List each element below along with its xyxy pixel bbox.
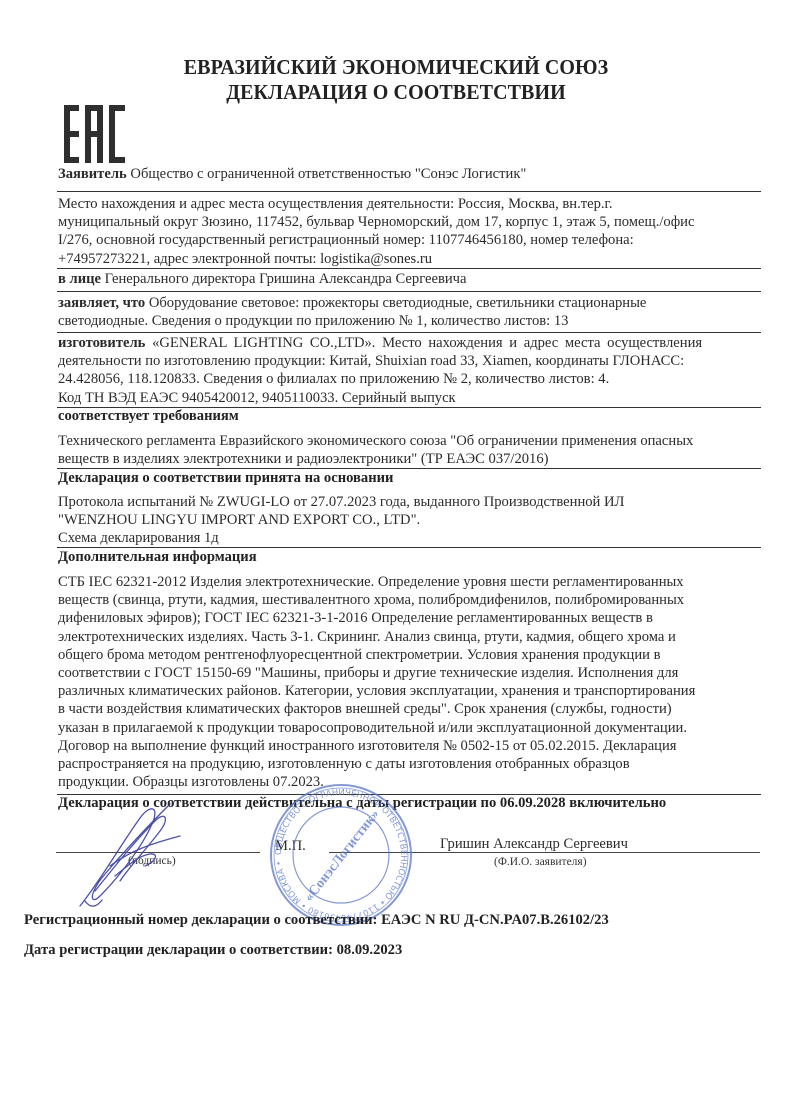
requirements-line: веществ в изделиях электротехники и ради… [58,450,760,468]
additional-heading: Дополнительная информация [58,549,257,566]
basis-block: Протокола испытаний № ZWUGI-LO от 27.07.… [58,493,760,548]
manufacturer-label: изготовитель [58,335,145,351]
divider [57,332,761,333]
basis-heading: Декларация о соответствии принята на осн… [58,470,393,487]
basis-line: Схема декларирования 1д [58,529,760,547]
requirements-heading: соответствует требованиям [58,408,239,425]
divider [57,268,761,269]
name-caption: (Ф.И.О. заявителя) [494,856,587,868]
document-title: ДЕКЛАРАЦИЯ О СООТВЕТСТВИИ [28,80,765,105]
divider [57,547,761,548]
address-block: Место нахождения и адрес места осуществл… [58,195,760,268]
address-line: I/276, основной государственный регистра… [58,231,760,249]
registration-date-label: Дата регистрации декларации о соответств… [24,942,333,958]
divider [57,291,761,292]
eac-logo-icon [64,105,126,163]
applicant-row: Заявитель Общество с ограниченной ответс… [58,165,760,183]
additional-line: в части воздействия климатических фактор… [58,700,760,718]
applicant-name: Гришин Александр Сергеевич [440,836,628,853]
additional-line: общего брома методом рентгенофлуоресцент… [58,646,760,664]
additional-line: Договор на выполнение функций иностранно… [58,737,760,755]
manufacturer-block: изготовитель «GENERAL LIGHTING CO.,LTD».… [58,334,760,407]
svg-text:«СонэсЛогистик»: «СонэсЛогистик» [302,807,383,905]
declaration-page: ЕВРАЗИЙСКИЙ ЭКОНОМИЧЕСКИЙ СОЮЗ ДЕКЛАРАЦИ… [0,0,792,1120]
declares-line: светодиодные. Сведения о продукции по пр… [58,312,760,330]
applicant-label: Заявитель [58,166,127,182]
representative-label: в лице [58,271,101,287]
union-title: ЕВРАЗИЙСКИЙ ЭКОНОМИЧЕСКИЙ СОЮЗ [28,55,765,80]
applicant-value: Общество с ограниченной ответственностью… [130,166,526,182]
manufacturer-line: «GENERAL LIGHTING CO.,LTD». Место нахожд… [152,335,702,351]
manufacturer-line: Код ТН ВЭД ЕАЭС 9405420012, 9405110033. … [58,389,760,407]
address-line: Место нахождения и адрес места осуществл… [58,195,760,213]
additional-line: веществ (свинца, ртути, кадмия, шестивал… [58,591,760,609]
additional-line: указан в прилагаемой к продукции товарос… [58,719,760,737]
basis-line: "WENZHOU LINGYU IMPORT AND EXPORT CO., L… [58,511,760,529]
manufacturer-line: 24.428056, 118.120833. Сведения о филиал… [58,370,760,388]
registration-date-row: Дата регистрации декларации о соответств… [24,942,402,959]
registration-number-value: ЕАЭС N RU Д-CN.PA07.B.26102/23 [381,912,609,928]
divider [57,468,761,469]
handwritten-signature-icon [60,796,200,916]
registration-date-value: 08.09.2023 [337,942,403,958]
manufacturer-line: деятельности по изготовлению продукции: … [58,352,760,370]
basis-line: Протокола испытаний № ZWUGI-LO от 27.07.… [58,493,760,511]
requirements-block: Технического регламента Евразийского эко… [58,432,760,468]
declares-label: заявляет, что [58,295,145,311]
company-stamp-icon: ОБЩЕСТВО С ОГРАНИЧЕННОЙ ОТВЕТСТВЕННОСТЬЮ… [266,780,416,930]
divider [57,191,761,192]
registration-number-row: Регистрационный номер декларации о соотв… [24,912,609,929]
registration-number-label: Регистрационный номер декларации о соотв… [24,912,377,928]
additional-block: СТБ IEC 62321-2012 Изделия электротехнич… [58,573,760,791]
address-line: +74957273221, адрес электронной почты: l… [58,250,760,268]
additional-line: распространяется на продукцию, изготовле… [58,755,760,773]
additional-line: дифениловых эфиров); ГОСТ IEC 62321-3-1-… [58,609,760,627]
address-line: муниципальный округ Зюзино, 117452, буль… [58,213,760,231]
representative-row: в лице Генерального директора Гришина Ал… [58,270,760,288]
additional-line: различных климатических районов. Категор… [58,682,760,700]
additional-line: электротехнических изделиях. Часть 3-1. … [58,628,760,646]
additional-line: соответствии с ГОСТ 15150-69 "Машины, пр… [58,664,760,682]
declares-block: заявляет, что Оборудование световое: про… [58,294,760,330]
additional-line: СТБ IEC 62321-2012 Изделия электротехнич… [58,573,760,591]
representative-value: Генерального директора Гришина Александр… [105,271,467,287]
declares-line: Оборудование световое: прожекторы светод… [149,295,647,311]
requirements-line: Технического регламента Евразийского эко… [58,432,760,450]
